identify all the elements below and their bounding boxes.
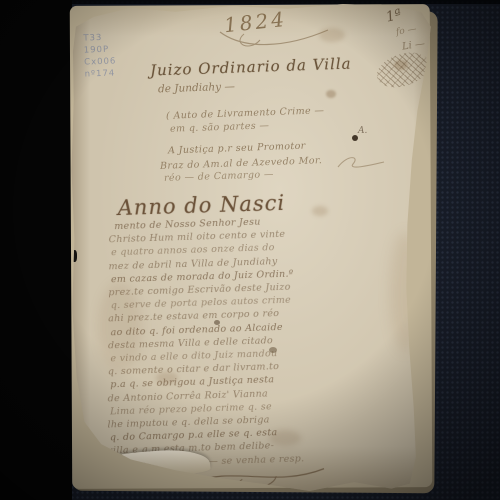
photo-vignette [0,0,500,500]
photo-of-manuscript: T33 190P Cx006 nº174 1824 1ª fo — Li — J… [0,0,500,500]
